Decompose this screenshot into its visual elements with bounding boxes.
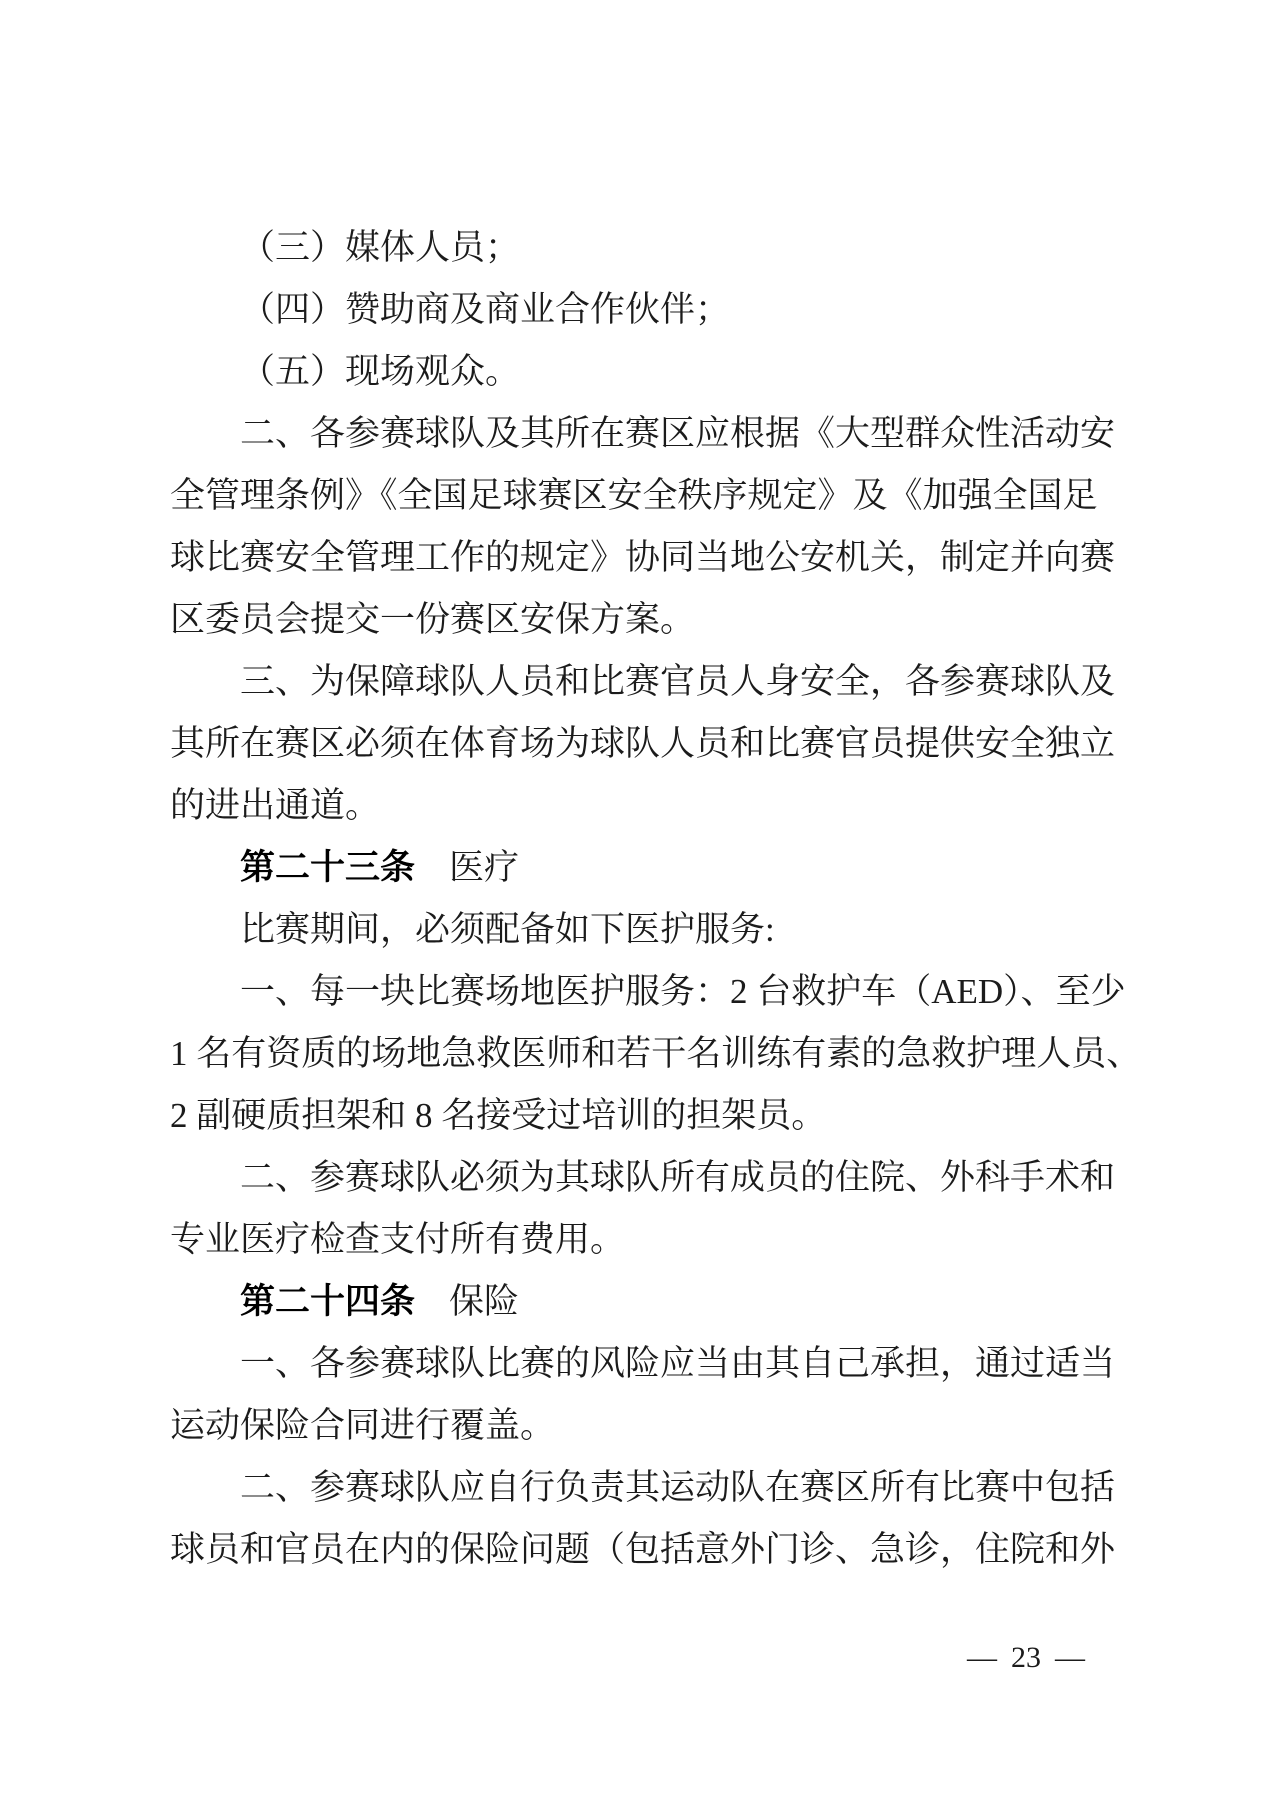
footer-dash-left: —	[967, 1641, 997, 1674]
article-title: 保险	[449, 1282, 519, 1321]
text-line: 比赛期间，必须配备如下医护服务:	[170, 899, 1115, 961]
article-title: 医疗	[449, 848, 519, 887]
text-line: 二、参赛球队必须为其球队所有成员的住院、外科手术和	[170, 1147, 1115, 1209]
text-line: （五）现场观众。	[170, 341, 1115, 403]
text-line: 全管理条例》《全国足球赛区安全秩序规定》及《加强全国足	[170, 465, 1115, 527]
page-number: 23	[1011, 1641, 1041, 1674]
text-line: 一、各参赛球队比赛的风险应当由其自己承担，通过适当	[170, 1333, 1115, 1395]
text-line: 的进出通道。	[170, 775, 1115, 837]
document-page: （三）媒体人员；（四）赞助商及商业合作伙伴；（五）现场观众。二、各参赛球队及其所…	[0, 0, 1280, 1810]
text-line: 球比赛安全管理工作的规定》协同当地公安机关，制定并向赛	[170, 527, 1115, 589]
article-heading: 第二十三条医疗	[170, 837, 1115, 899]
text-line: 二、参赛球队应自行负责其运动队在赛区所有比赛中包括	[170, 1457, 1115, 1519]
text-line: 运动保险合同进行覆盖。	[170, 1395, 1115, 1457]
text-line: 2 副硬质担架和 8 名接受过培训的担架员。	[170, 1085, 1115, 1147]
page-footer: —23—	[170, 1638, 1085, 1678]
footer-dash-right: —	[1055, 1641, 1085, 1674]
text-line: 区委员会提交一份赛区安保方案。	[170, 589, 1115, 651]
text-line: （三）媒体人员；	[170, 217, 1115, 279]
text-line: （四）赞助商及商业合作伙伴；	[170, 279, 1115, 341]
text-line: 二、各参赛球队及其所在赛区应根据《大型群众性活动安	[170, 403, 1115, 465]
text-line: 专业医疗检查支付所有费用。	[170, 1209, 1115, 1271]
article-number: 第二十三条	[240, 848, 415, 887]
document-body: （三）媒体人员；（四）赞助商及商业合作伙伴；（五）现场观众。二、各参赛球队及其所…	[170, 217, 1115, 1581]
article-heading: 第二十四条保险	[170, 1271, 1115, 1333]
text-line: 三、为保障球队人员和比赛官员人身安全，各参赛球队及	[170, 651, 1115, 713]
article-number: 第二十四条	[240, 1282, 415, 1321]
text-line: 其所在赛区必须在体育场为球队人员和比赛官员提供安全独立	[170, 713, 1115, 775]
text-line: 球员和官员在内的保险问题（包括意外门诊、急诊，住院和外	[170, 1519, 1115, 1581]
text-line: 1 名有资质的场地急救医师和若干名训练有素的急救护理人员、	[170, 1023, 1115, 1085]
text-line: 一、每一块比赛场地医护服务：2 台救护车（AED）、至少	[170, 961, 1115, 1023]
